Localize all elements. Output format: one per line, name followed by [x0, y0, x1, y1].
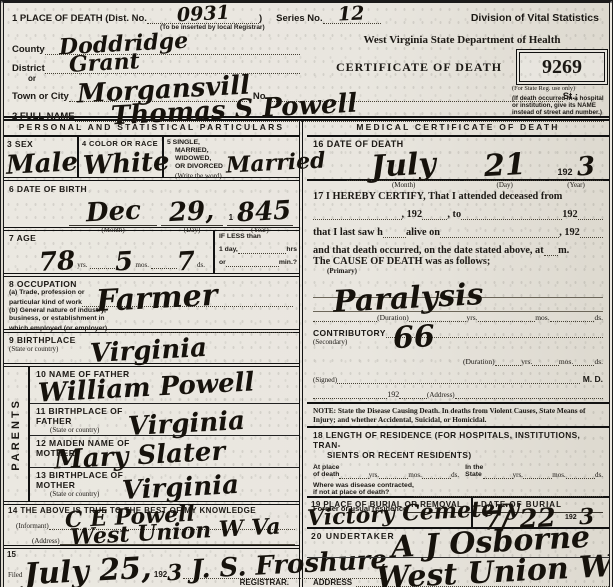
father-value: William Powell [38, 376, 255, 400]
filed-label: Filed [8, 571, 24, 579]
burial-place-cell: 19 PLACE OF BURIAL OR REMOVAL Victory Ce… [307, 498, 473, 527]
blank-line [440, 235, 559, 238]
address-caption: (Address) [427, 391, 455, 399]
cause-value: Paralysis [333, 287, 484, 310]
undertaker-address-label: ADDRESS [313, 578, 356, 587]
fullname-field: Thomas S Powell [75, 104, 604, 122]
mother-value: Mary Slater [54, 446, 226, 468]
parents-label: PARENTS [10, 398, 22, 471]
age-months-value: 5 [115, 256, 134, 270]
sex-value: Male [6, 156, 79, 173]
blank-line [580, 235, 603, 238]
contributory-duration-line: (Duration) yrs. mos. ds. [313, 357, 603, 366]
note-block: NOTE: State the Disease Causing Death. I… [307, 402, 609, 428]
certify-to: , to [447, 209, 461, 220]
blank-line [483, 476, 512, 479]
blank-line [422, 476, 451, 479]
dod-year-printed: 192 [557, 167, 572, 177]
district-number-value: 0931 [176, 9, 229, 21]
blank-line [532, 363, 559, 366]
marital-cell: 5 SINGLE, MARRIED, WIDOWED, OR DIVORCED … [164, 137, 299, 177]
age-mos-caption: mos. [134, 261, 151, 269]
father-name-row: 10 NAME OF FATHER William Powell [30, 367, 299, 404]
residence-values-line: At place of death yrs. mos. ds. In the S… [313, 464, 603, 479]
filed-number: 15 [7, 550, 16, 559]
blank-line [422, 217, 447, 220]
county-row: County Doddridge [12, 34, 300, 55]
certify-aliveon: alive on [406, 227, 440, 238]
blank-line [461, 217, 562, 220]
blank-line [383, 235, 406, 238]
dob-year-value: 845 [237, 205, 292, 221]
certify-192-c: , 192 [559, 227, 580, 238]
division-title: Division of Vital Statistics [471, 12, 603, 24]
age-days-value: 7 [177, 256, 196, 270]
filed-date: July 25, [24, 561, 152, 583]
certify-line-4: and that death occurred, on the date sta… [313, 238, 603, 256]
blank-line [573, 363, 594, 366]
dod-label: 16 DATE OF DEATH [313, 139, 603, 149]
informant-address: West Union W Va [69, 521, 280, 543]
blank-line [313, 217, 402, 220]
age-main: 7 AGE 78 yrs. 5 mos. 7 ds. [4, 231, 213, 273]
age-yrs-caption: yrs. [75, 261, 89, 269]
mother-name-row: 12 MAIDEN NAME OF MOTHER Mary Slater [30, 436, 299, 468]
blank-line [313, 396, 387, 399]
district-label: District [12, 63, 45, 74]
duration-mos: mos. [559, 357, 573, 366]
father-birthplace-row: 11 BIRTHPLACE OF FATHER (State or countr… [30, 404, 299, 436]
res-yrs: yrs. [369, 471, 379, 479]
district-field: Grant [45, 58, 300, 74]
undertaker-address-value: West Union WVa [376, 557, 613, 586]
blank-line [455, 396, 603, 399]
certify-192-b: 192 [562, 209, 577, 220]
dob-label: 6 DATE OF BIRTH [9, 184, 293, 194]
certify-occurred: and that death occurred, on the date sta… [313, 245, 544, 256]
in-state-label: In the State [459, 464, 483, 479]
birthplace-row: 9 BIRTHPLACE (State or country) Virginia [4, 333, 299, 367]
at-place-1: At place [313, 464, 339, 471]
race-cell: 4 COLOR OR RACE White [79, 137, 164, 177]
dob-month-cell: Dec (Month) [69, 206, 157, 234]
right-section-title: MEDICAL CERTIFICATE OF DEATH [307, 121, 609, 137]
dob-fields: Dec (Month) 29, (Day) 1 845 (Year) [9, 206, 293, 234]
dod-day-cell: 21 (Day) [464, 158, 545, 189]
res-yrs-2: yrs. [513, 471, 523, 479]
district-value: Grant [68, 56, 139, 71]
medical-certificate-column: MEDICAL CERTIFICATE OF DEATH 16 DATE OF … [307, 121, 609, 587]
fullname-row: 2 FULL NAME Thomas S Powell [12, 102, 604, 122]
printed-192: 192 [387, 390, 399, 399]
filed-row: 15 Filed July 25, 192 3 J. S. Froshure R… [4, 549, 299, 587]
age-values-line: 78 yrs. 5 mos. 7 ds. [9, 256, 211, 269]
birthplace-value: Virginia [90, 342, 208, 361]
primary-caption: (Primary) [313, 267, 603, 275]
fullname-value: Thomas S Powell [110, 98, 357, 124]
contracted-1: Where was disease contracted, [313, 482, 414, 489]
contracted-label: Where was disease contracted, if not at … [313, 482, 414, 497]
parents-block: PARENTS 10 NAME OF FATHER William Powell… [4, 367, 299, 505]
duration-yrs: yrs. [466, 313, 477, 322]
age-ds-caption: ds. [195, 261, 207, 269]
cause-duration-line: (Duration) yrs. mos. ds. [313, 313, 603, 322]
ifless-line1: IF LESS than [219, 233, 297, 241]
dod-month-cell: July (Month) [347, 158, 460, 189]
blank-line [578, 217, 603, 220]
certificate-number-box: 9269 [516, 49, 608, 85]
filed-year-hw: 3 [167, 568, 183, 580]
blank-line [90, 266, 116, 269]
occupation-row: 8 OCCUPATION (a) Trade, profession or pa… [4, 277, 299, 333]
occupation-value: Farmer [96, 288, 218, 309]
duration-yrs: yrs. [521, 357, 532, 366]
certify-line-2: , 192 , to 192 [313, 202, 603, 220]
dob-day-value: 29, [169, 205, 215, 220]
informant-address-caption: (Address) [8, 537, 60, 545]
certify-line-3: that I last saw h alive on , 192 [313, 220, 603, 238]
signed-line: (Signed) M. D. [307, 368, 609, 386]
parents-rows: 10 NAME OF FATHER William Powell 11 BIRT… [30, 367, 299, 501]
ifless-or: or [219, 259, 226, 267]
blank-line [379, 476, 408, 479]
ifless-hrs-caption: hrs [286, 246, 297, 254]
series-no-value: 12 [338, 9, 365, 20]
dob-year-printed: 1 [229, 213, 233, 222]
series-no-label: Series No. [276, 13, 322, 24]
sex-cell: 3 SEX Male [4, 137, 79, 177]
occupation-b2: business, or establishment in [9, 315, 293, 323]
undertaker-address-field: West Union WVa [356, 564, 613, 587]
father-bp-value: Virginia [128, 415, 246, 434]
at-place-2: of death [313, 471, 339, 478]
at-place-label: At place of death [313, 464, 339, 479]
blank-line [399, 396, 427, 399]
age-years-value: 78 [39, 255, 76, 270]
town-label: Town or City [12, 91, 69, 102]
state-reg-note: (For State Reg. use only) [512, 85, 608, 92]
blank-line [478, 319, 536, 322]
filed-year-printed: 192 [152, 570, 167, 579]
duration-caption: (Duration) [463, 357, 495, 366]
contributory-value: 66 [393, 329, 435, 346]
death-certificate-scan: 1 PLACE OF DEATH (Dist. No. 0931 ) Serie… [0, 0, 613, 587]
parents-strip: PARENTS [4, 367, 30, 501]
marital-label-1: 5 SINGLE, [167, 139, 299, 147]
secondary-caption: (Secondary) [313, 338, 603, 346]
ifless-line2: 1 day, [219, 246, 238, 254]
certificate-title: CERTIFICATE OF DEATH [336, 60, 514, 75]
duration-mos: mos. [535, 313, 549, 322]
md-caption: M. D. [580, 374, 603, 384]
informant-caption: (Informant) [8, 522, 49, 530]
district-row: District Grant [12, 55, 300, 74]
mother-birthplace-row: 13 BIRTHPLACE OF MOTHER (State or countr… [30, 468, 299, 501]
dob-year-cell: 1 845 (Year) [227, 206, 293, 234]
contributory-block: CONTRIBUTORY (Secondary) 66 (Duration) y… [307, 324, 609, 369]
res-ds-2: ds. [595, 471, 603, 479]
dob-day-cell: 29, (Day) [161, 206, 223, 234]
dod-year-caption: (Year) [549, 181, 603, 189]
undertaker-address-row: ADDRESS West Union WVa [307, 558, 609, 587]
blank-line [550, 319, 595, 322]
race-label: 4 COLOR OR RACE [82, 139, 162, 148]
blank-line [337, 381, 580, 384]
blank-line [151, 266, 177, 269]
cause-entry-area: Paralysis (Duration) yrs. mos. ds. [307, 283, 609, 324]
certify-m: m. [558, 245, 569, 256]
blank-line [339, 476, 368, 479]
blank-line [523, 476, 552, 479]
place-of-death-row: 1 PLACE OF DEATH (Dist. No. 0931 ) Serie… [12, 7, 603, 24]
certify-192-a: , 192 [402, 209, 423, 220]
mother-bp-value: Virginia [122, 479, 240, 498]
in-state-2: State [465, 471, 483, 478]
occupation-a2: particular kind of work [9, 299, 82, 307]
informant-row: 14 THE ABOVE IS TRUE TO THE BEST OF MY K… [4, 505, 299, 549]
dod-month-value: July [371, 156, 437, 174]
personal-particulars-column: PERSONAL AND STATISTICAL PARTICULARS 3 S… [4, 121, 303, 587]
certificate-header: 1 PLACE OF DEATH (Dist. No. 0931 ) Serie… [4, 3, 609, 121]
blank-line [566, 476, 595, 479]
res-mos: mos. [408, 471, 421, 479]
residence-label-1: 18 LENGTH OF RESIDENCE (FOR HOSPITALS, I… [313, 430, 603, 450]
age-row: 7 AGE 78 yrs. 5 mos. 7 ds. IF LESS than … [4, 231, 299, 277]
blank-line [313, 319, 377, 322]
residence-label-2: SIENTS OR RECENT RESIDENTS) [313, 450, 603, 460]
informant-address-line: (Address) West Union W Va [8, 530, 295, 545]
dod-year-cell: 192 3 (Year) [549, 161, 603, 189]
contributory-label: CONTRIBUTORY [313, 328, 386, 338]
left-section-title: PERSONAL AND STATISTICAL PARTICULARS [4, 121, 299, 137]
certify-lastsaw: that I last saw h [313, 227, 383, 238]
age-label: 7 AGE [9, 233, 211, 243]
county-label: County [12, 44, 45, 55]
cause-of-death-label: The CAUSE OF DEATH was as follows; [313, 256, 603, 267]
dod-day-value: 21 [483, 157, 525, 174]
res-mos-2: mos. [552, 471, 565, 479]
blank-line [226, 264, 279, 267]
residence-block: 18 LENGTH OF RESIDENCE (FOR HOSPITALS, I… [307, 428, 609, 498]
certify-block: 17 I HEREBY CERTIFY, That I attended dec… [307, 181, 609, 256]
dod-fields: July (Month) 21 (Day) 192 3 (Year) [313, 158, 603, 189]
in-state-1: In the [465, 464, 483, 471]
res-ds: ds. [451, 471, 459, 479]
informant-address-field: West Union W Va [60, 526, 295, 545]
date-address-line: 192 (Address) [307, 386, 609, 402]
duration-ds: ds. [594, 357, 603, 366]
dob-month-value: Dec [85, 205, 141, 221]
blank-line [238, 251, 287, 254]
place-close-paren: ) [259, 13, 262, 24]
place-of-death-label: 1 PLACE OF DEATH (Dist. No. [12, 13, 147, 24]
duration-ds: ds. [594, 313, 603, 322]
registrar-caption: REGISTRAR. [240, 578, 289, 587]
dod-year-hw: 3 [576, 160, 595, 174]
district-number-field: 0931 [147, 10, 259, 24]
date-of-birth-row: 6 DATE OF BIRTH Dec (Month) 29, (Day) 1 … [4, 181, 299, 231]
if-less-cell: IF LESS than 1 day, hrs or min.? [213, 231, 299, 273]
blank-line [495, 363, 522, 366]
signed-caption: (Signed) [313, 376, 337, 384]
ifless-min-caption: min.? [279, 259, 297, 267]
race-value: White [83, 156, 170, 174]
series-no-field: 12 [323, 10, 381, 24]
contracted-2: if not at place of death? [313, 489, 414, 496]
department-title: West Virginia State Department of Health [316, 34, 608, 46]
sex-race-marital-row: 3 SEX Male 4 COLOR OR RACE White 5 SINGL… [4, 137, 299, 181]
date-of-death-row: 16 DATE OF DEATH July (Month) 21 (Day) 1… [307, 137, 609, 181]
